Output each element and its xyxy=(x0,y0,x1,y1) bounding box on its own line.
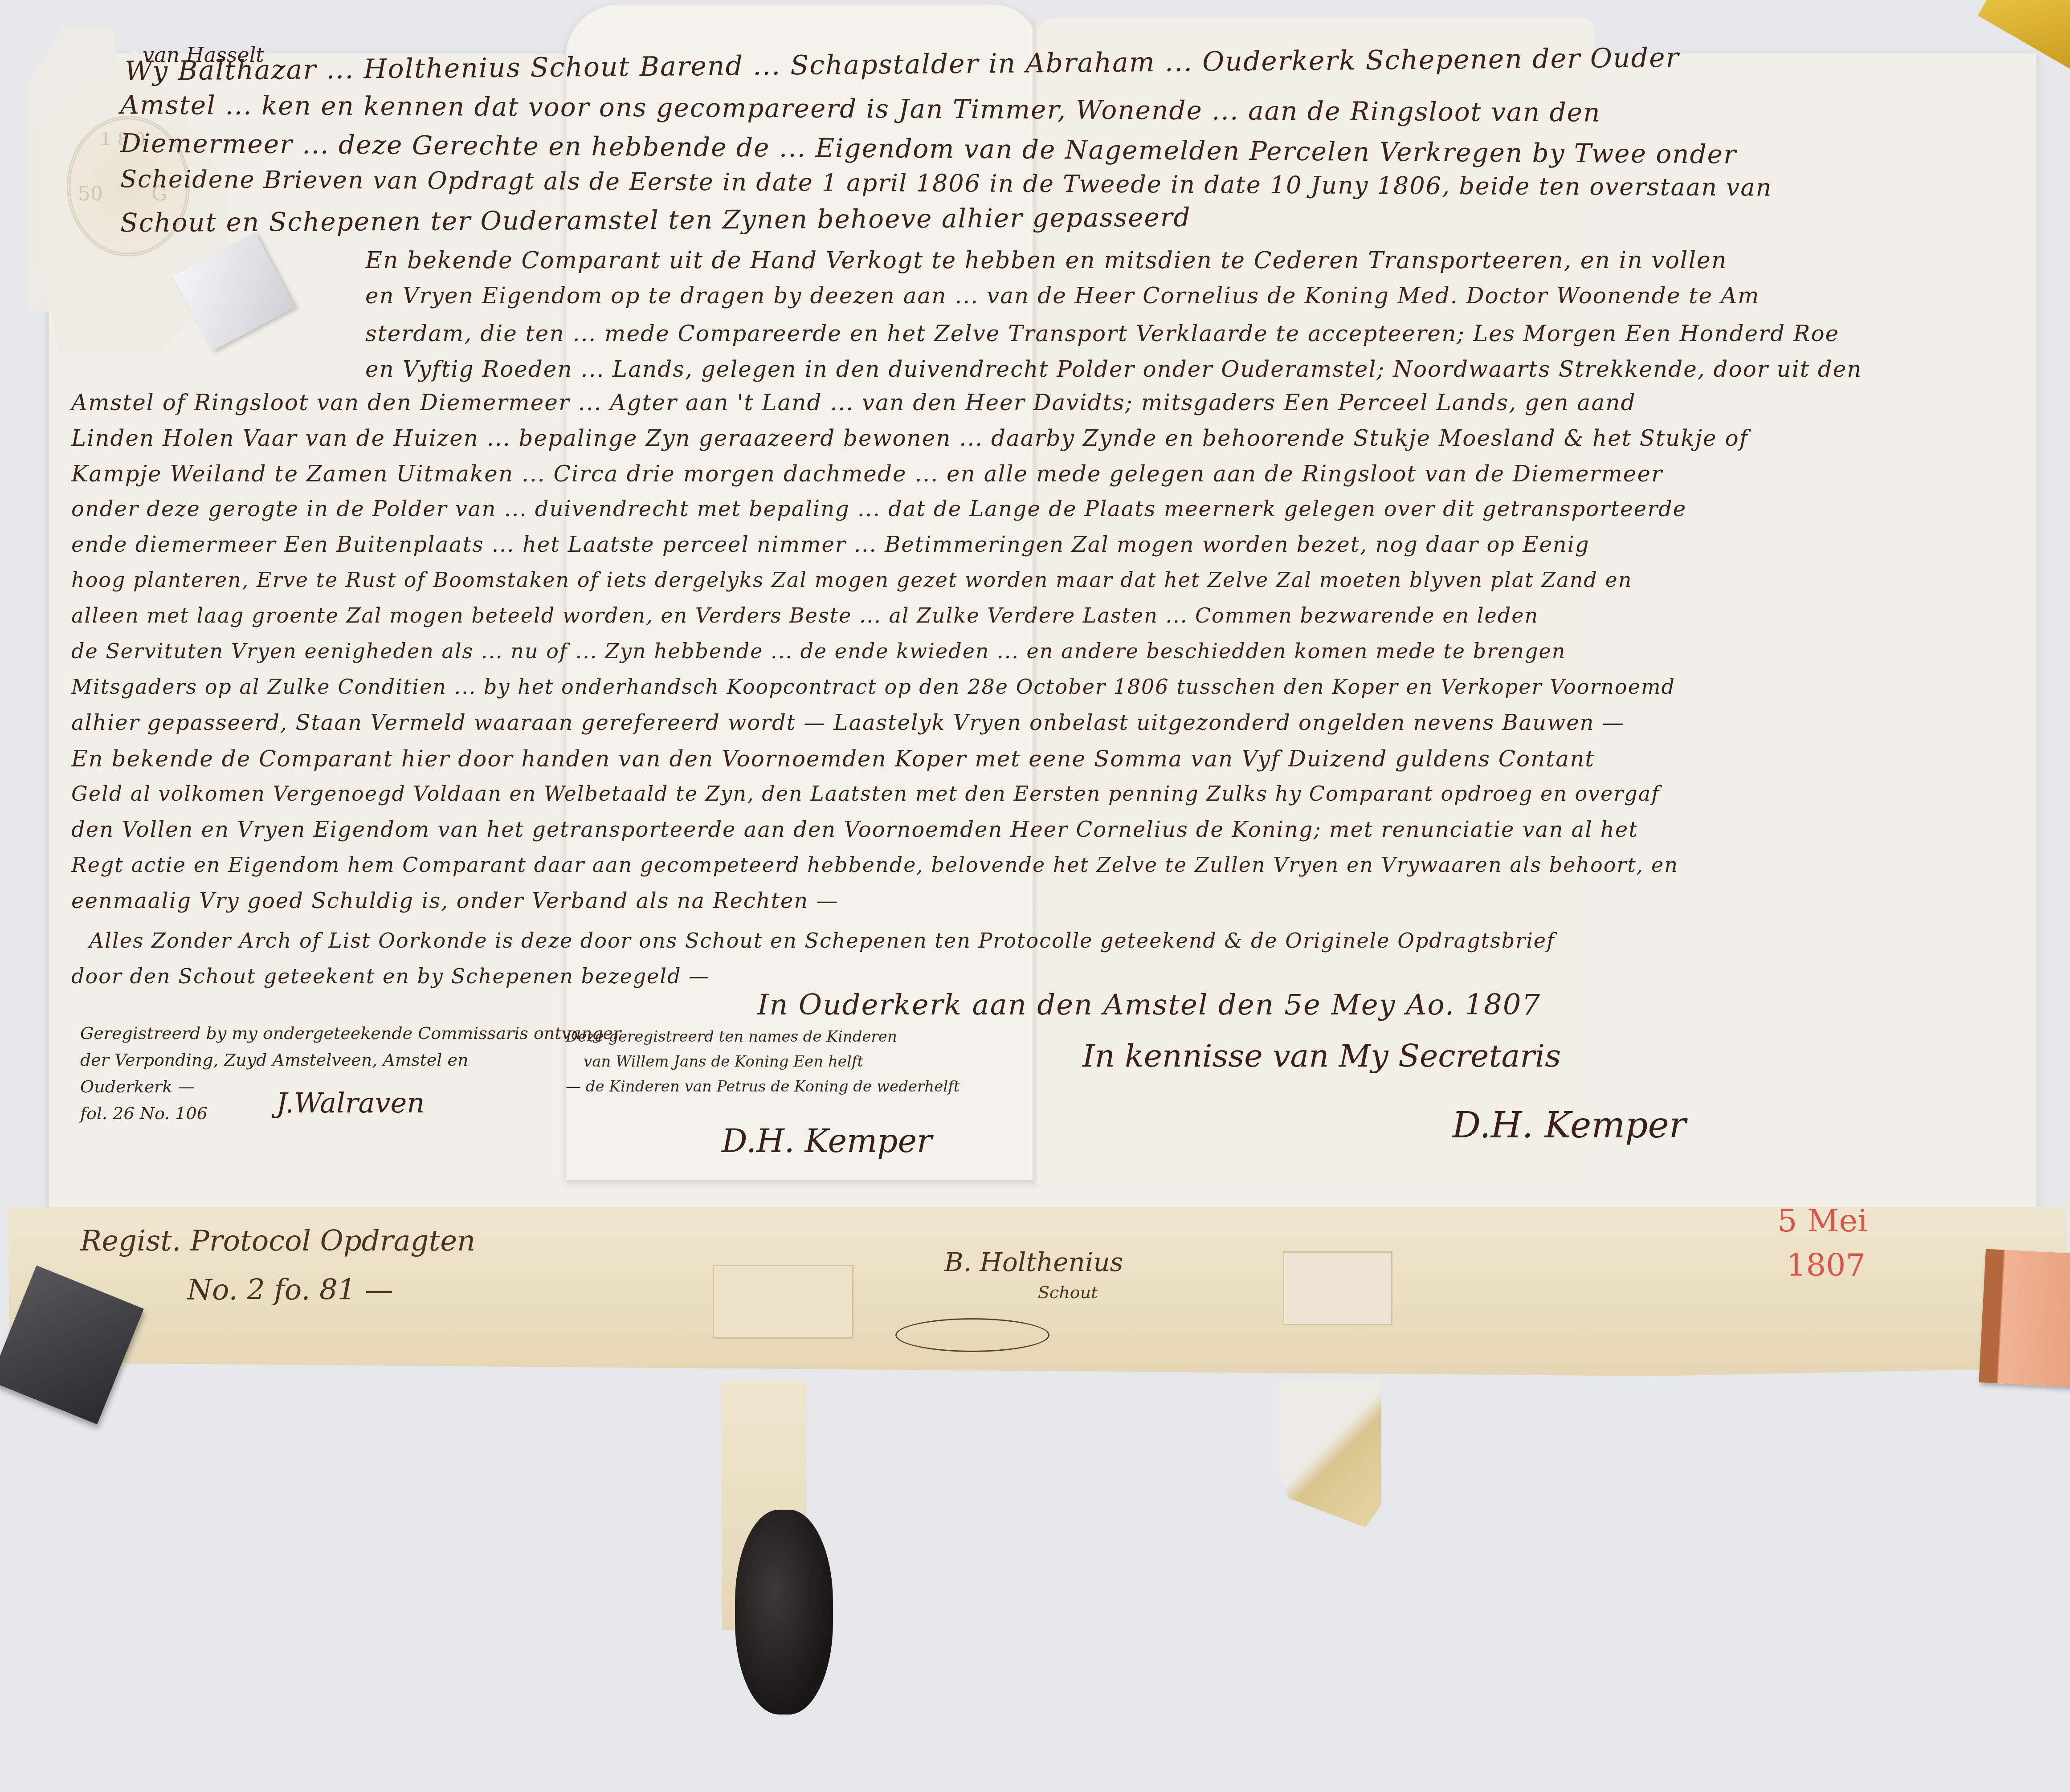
note-middle-line-1: Deze geregistreerd ten names de Kinderen xyxy=(566,1024,959,1049)
body-line-6: Linden Holen Vaar van de Huizen ... bepa… xyxy=(71,425,1748,451)
place-date-line: In Ouderkerk aan den Amstel den 5e Mey A… xyxy=(757,989,1541,1022)
register-number: No. 2 fo. 81 — xyxy=(187,1274,393,1307)
body-line-7: Kampje Weiland te Zamen Uitmaken ... Cir… xyxy=(71,461,1663,487)
note-left-line-2: der Verponding, Zuyd Amstelveen, Amstel … xyxy=(80,1047,621,1073)
body-line-2: en Vryen Eigendom op te dragen by deezen… xyxy=(365,283,1760,309)
copper-block-weight xyxy=(1979,1249,2070,1387)
body-line-5: Amstel of Ringsloot van den Diemermeer .… xyxy=(71,390,1636,415)
body-line-16: Geld al volkomen Vergenoegd Voldaan en W… xyxy=(71,782,1660,806)
body-line-18: Regt actie en Eigendom hem Comparant daa… xyxy=(71,853,1678,877)
body-line-8: onder deze gerogte in de Polder van ... … xyxy=(71,497,1686,521)
body-line-20: Alles Zonder Arch of List Oorkonde is de… xyxy=(89,929,1555,953)
register-label: Regist. Protocol Opdragten xyxy=(80,1225,475,1258)
body-line-10: hoog planteren, Erve te Rust of Boomstak… xyxy=(71,568,1632,592)
body-line-9: ende diemermeer Een Buitenplaats ... het… xyxy=(71,532,1590,557)
note-left-line-1: Geregistreerd by my ondergeteekende Comm… xyxy=(80,1020,621,1047)
signature-kemper-middle: D.H. Kemper xyxy=(722,1122,932,1160)
body-line-11: alleen met laag groente Zal mogen beteel… xyxy=(71,603,1539,627)
stamp-amount: 50 xyxy=(78,183,103,205)
body-line-12: de Servituten Vryen eenigheden als ... n… xyxy=(71,639,1566,663)
signature-flourish xyxy=(895,1318,1049,1352)
body-line-1: En bekende Comparant uit de Hand Verkogt… xyxy=(365,247,1727,274)
pencil-note-line-2: 1807 xyxy=(1786,1247,1866,1283)
registration-note-middle: Deze geregistreerd ten names de Kinderen… xyxy=(566,1024,959,1099)
body-line-3: sterdam, die ten ... mede Compareerde en… xyxy=(365,321,1839,346)
seal-slot-left xyxy=(713,1265,853,1339)
body-line-17: den Vollen en Vryen Eigendom van het get… xyxy=(71,817,1638,842)
seal-slot-right xyxy=(1283,1251,1392,1325)
body-line-21: door den Schout geteekent en by Schepene… xyxy=(71,964,710,988)
body-line-4: en Vyftig Roeden ... Lands, gelegen in d… xyxy=(365,356,1862,382)
body-line-13: Mitsgaders op al Zulke Conditien ... by … xyxy=(71,675,1675,699)
black-wax-seal xyxy=(735,1510,833,1715)
schout-signature: B. Holthenius xyxy=(944,1247,1123,1277)
folded-seal-tag xyxy=(1278,1381,1381,1527)
secretary-attestation: In kennisse van My Secretaris xyxy=(1082,1038,1561,1074)
note-middle-line-2: van Willem Jans de Koning Een helft xyxy=(566,1049,959,1074)
pencil-note-line-1: 5 Mei xyxy=(1777,1202,1867,1239)
signature-walraven: J.Walraven xyxy=(276,1087,425,1119)
body-line-14: alhier gepasseerd, Staan Vermeld waaraan… xyxy=(71,710,1625,735)
signature-kemper-right: D.H. Kemper xyxy=(1452,1104,1686,1146)
body-line-19: eenmaalig Vry goed Schuldig is, onder Ve… xyxy=(71,888,839,913)
note-middle-line-3: — de Kinderen van Petrus de Koning de we… xyxy=(566,1074,959,1099)
schout-title: Schout xyxy=(1038,1283,1098,1302)
header-line-5: Schout en Schepenen ter Ouderamstel ten … xyxy=(120,202,1191,238)
body-line-15: En bekende de Comparant hier door handen… xyxy=(71,746,1595,772)
